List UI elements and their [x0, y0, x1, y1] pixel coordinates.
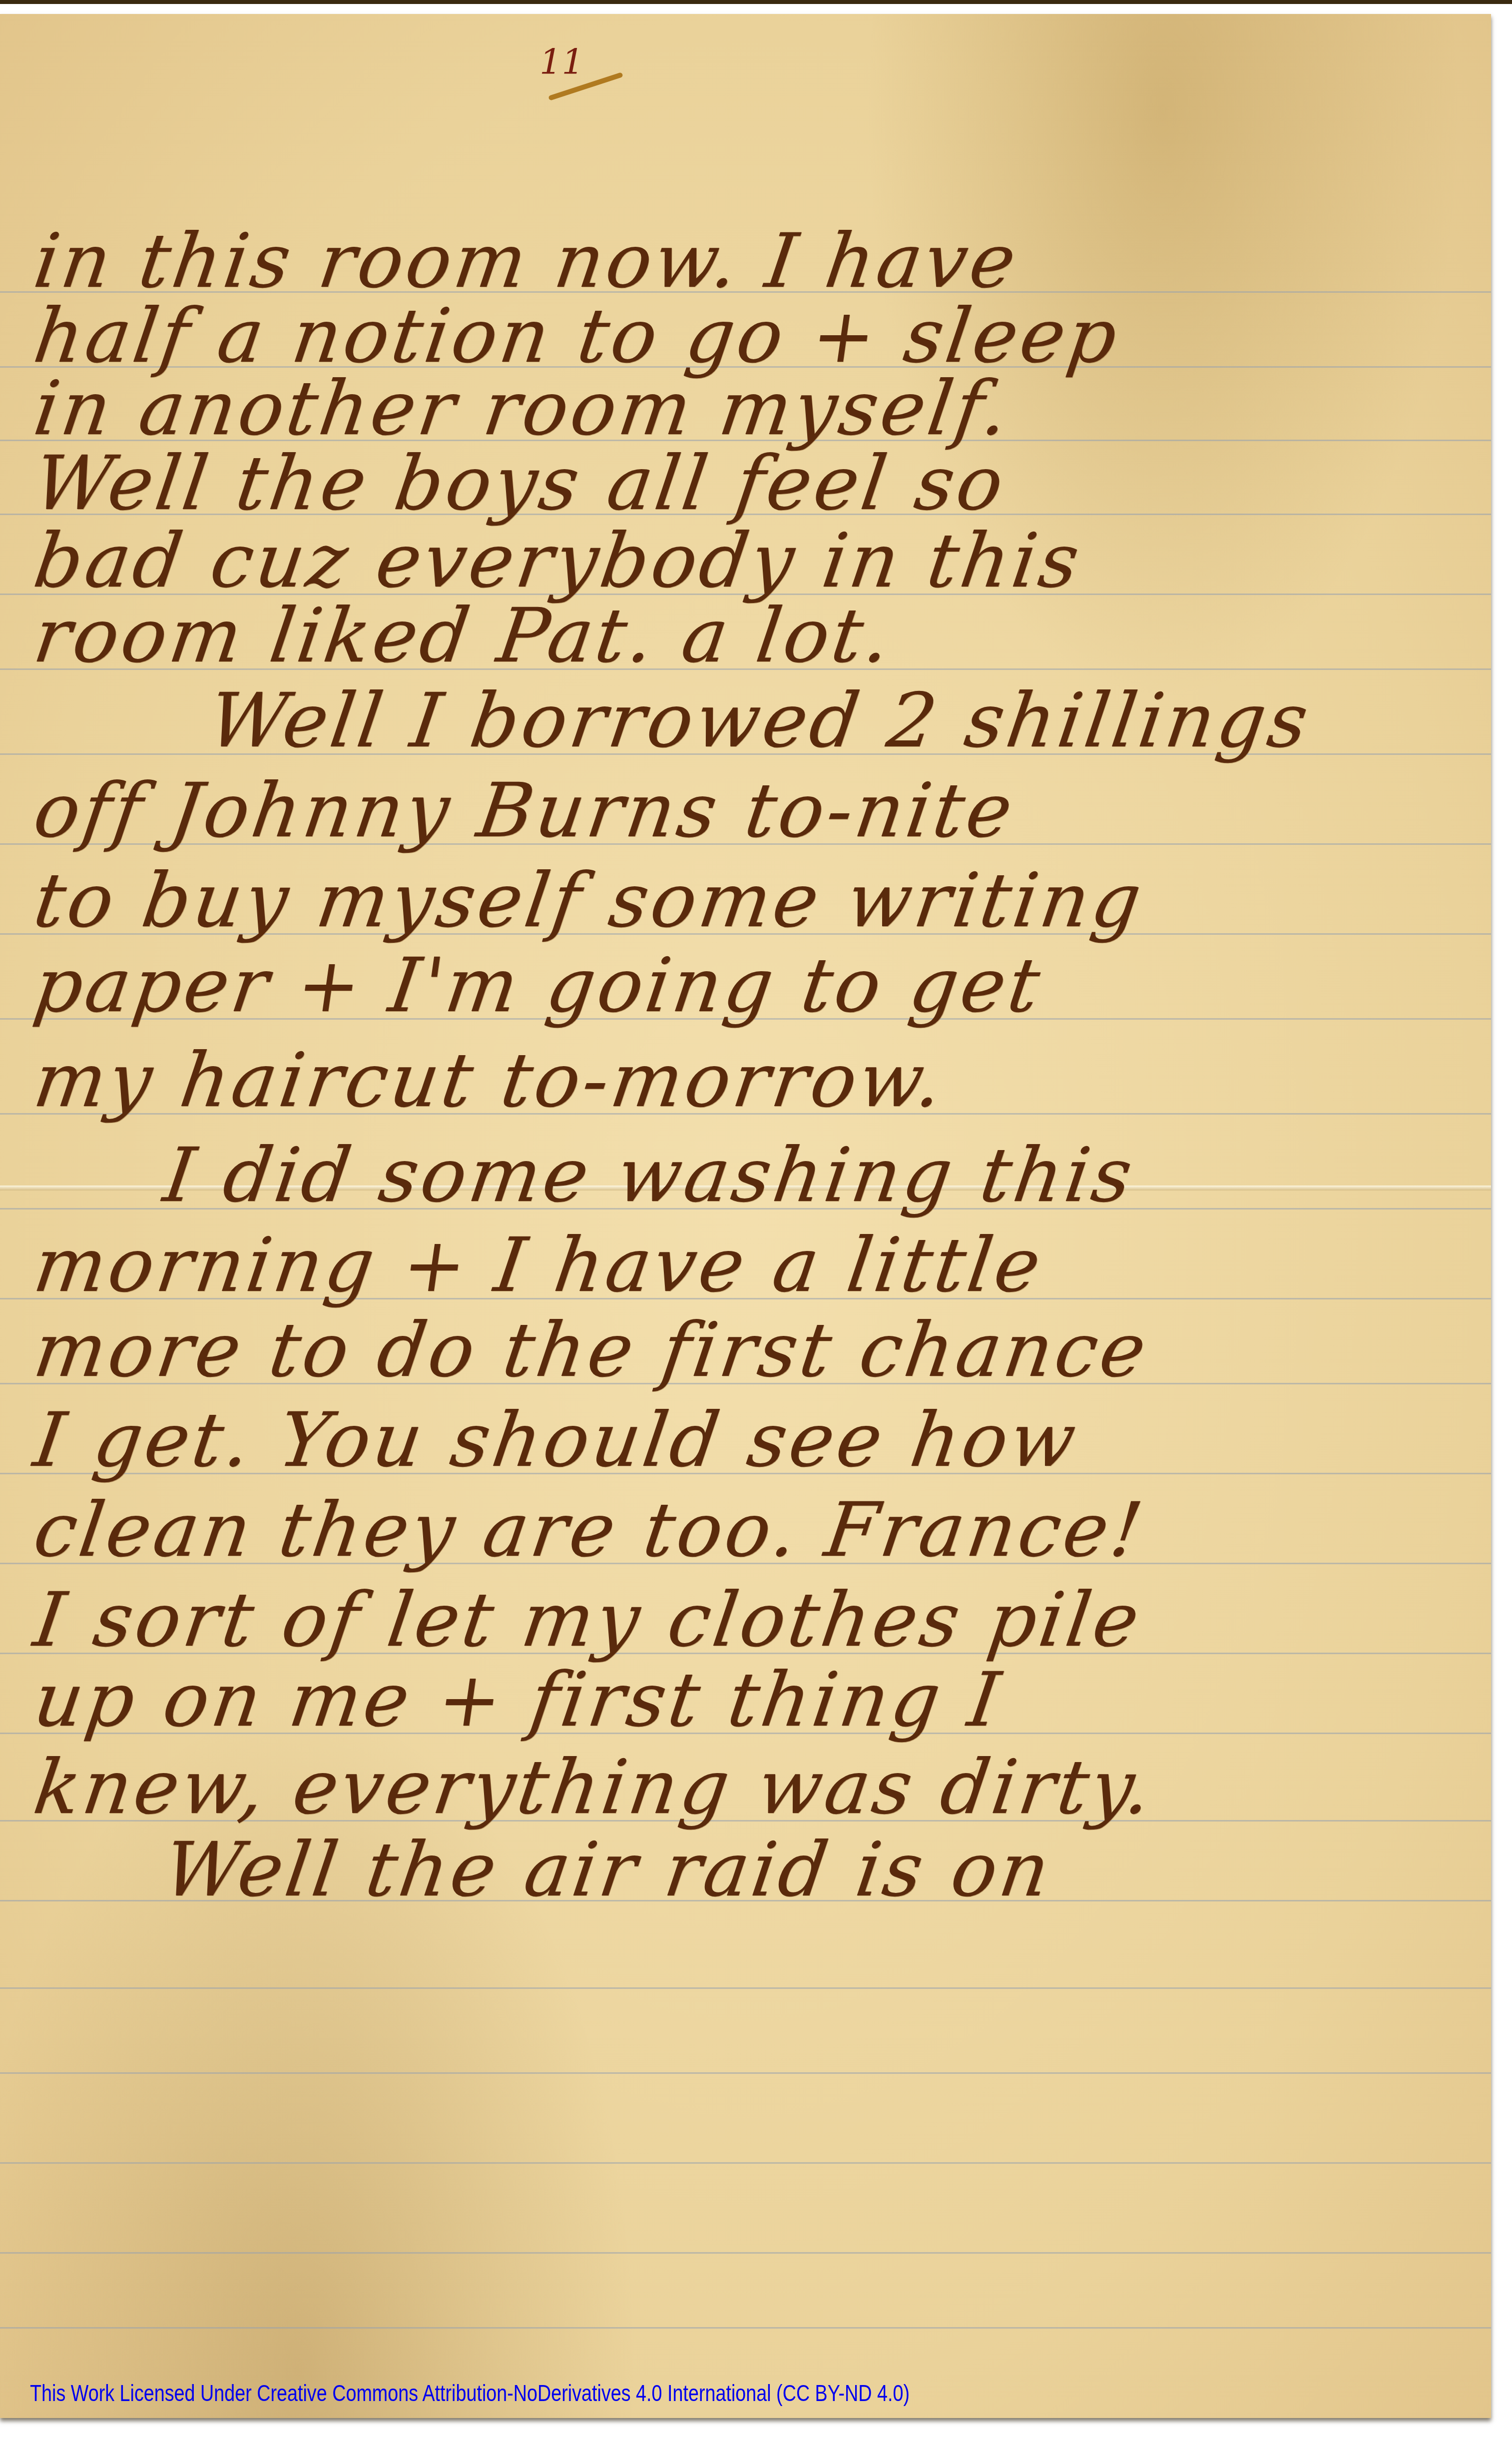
ruled-line [0, 1987, 1491, 1989]
scan-edge [0, 0, 1512, 4]
handwritten-line: I get. You should see how [29, 1403, 1083, 1478]
license-notice: This Work Licensed Under Creative Common… [30, 2380, 910, 2407]
letter-paper: 11 in this room now. I have half a notio… [0, 14, 1491, 2418]
ruled-line [0, 2072, 1491, 2074]
handwritten-line: up on me + first thing I [29, 1663, 1007, 1738]
handwritten-line: clean they are too. France! [29, 1493, 1149, 1568]
handwritten-line: room liked Pat. a lot. [29, 599, 897, 673]
handwritten-line: Well the air raid is on [159, 1832, 1056, 1907]
ruled-line [0, 2162, 1491, 2164]
handwritten-line: my haircut to-morrow. [29, 1043, 950, 1118]
handwritten-line: half a notion to go + sleep [29, 299, 1124, 374]
handwritten-line: I did some washing this [159, 1138, 1139, 1213]
page-number: 11 [539, 41, 584, 82]
handwritten-line: to buy myself some writing [29, 863, 1148, 938]
handwritten-line: paper + I'm going to get [29, 948, 1046, 1023]
handwritten-line: in another room myself. [29, 371, 1015, 446]
handwritten-line: Well the boys all feel so [29, 446, 1010, 521]
handwritten-line: off Johnny Burns to-nite [29, 773, 1019, 848]
handwritten-line: knew, everything was dirty. [29, 1750, 1158, 1825]
ruled-line [0, 2252, 1491, 2254]
handwritten-line: bad cuz everybody in this [29, 524, 1086, 599]
handwritten-line: morning + I have a little [29, 1228, 1047, 1303]
handwritten-line: more to do the first chance [29, 1313, 1153, 1388]
handwritten-line: in this room now. I have [29, 224, 1022, 299]
ruled-line [0, 2327, 1491, 2329]
handwritten-line: I sort of let my clothes pile [29, 1583, 1146, 1658]
handwritten-line: Well I borrowed 2 shillings [204, 683, 1315, 758]
